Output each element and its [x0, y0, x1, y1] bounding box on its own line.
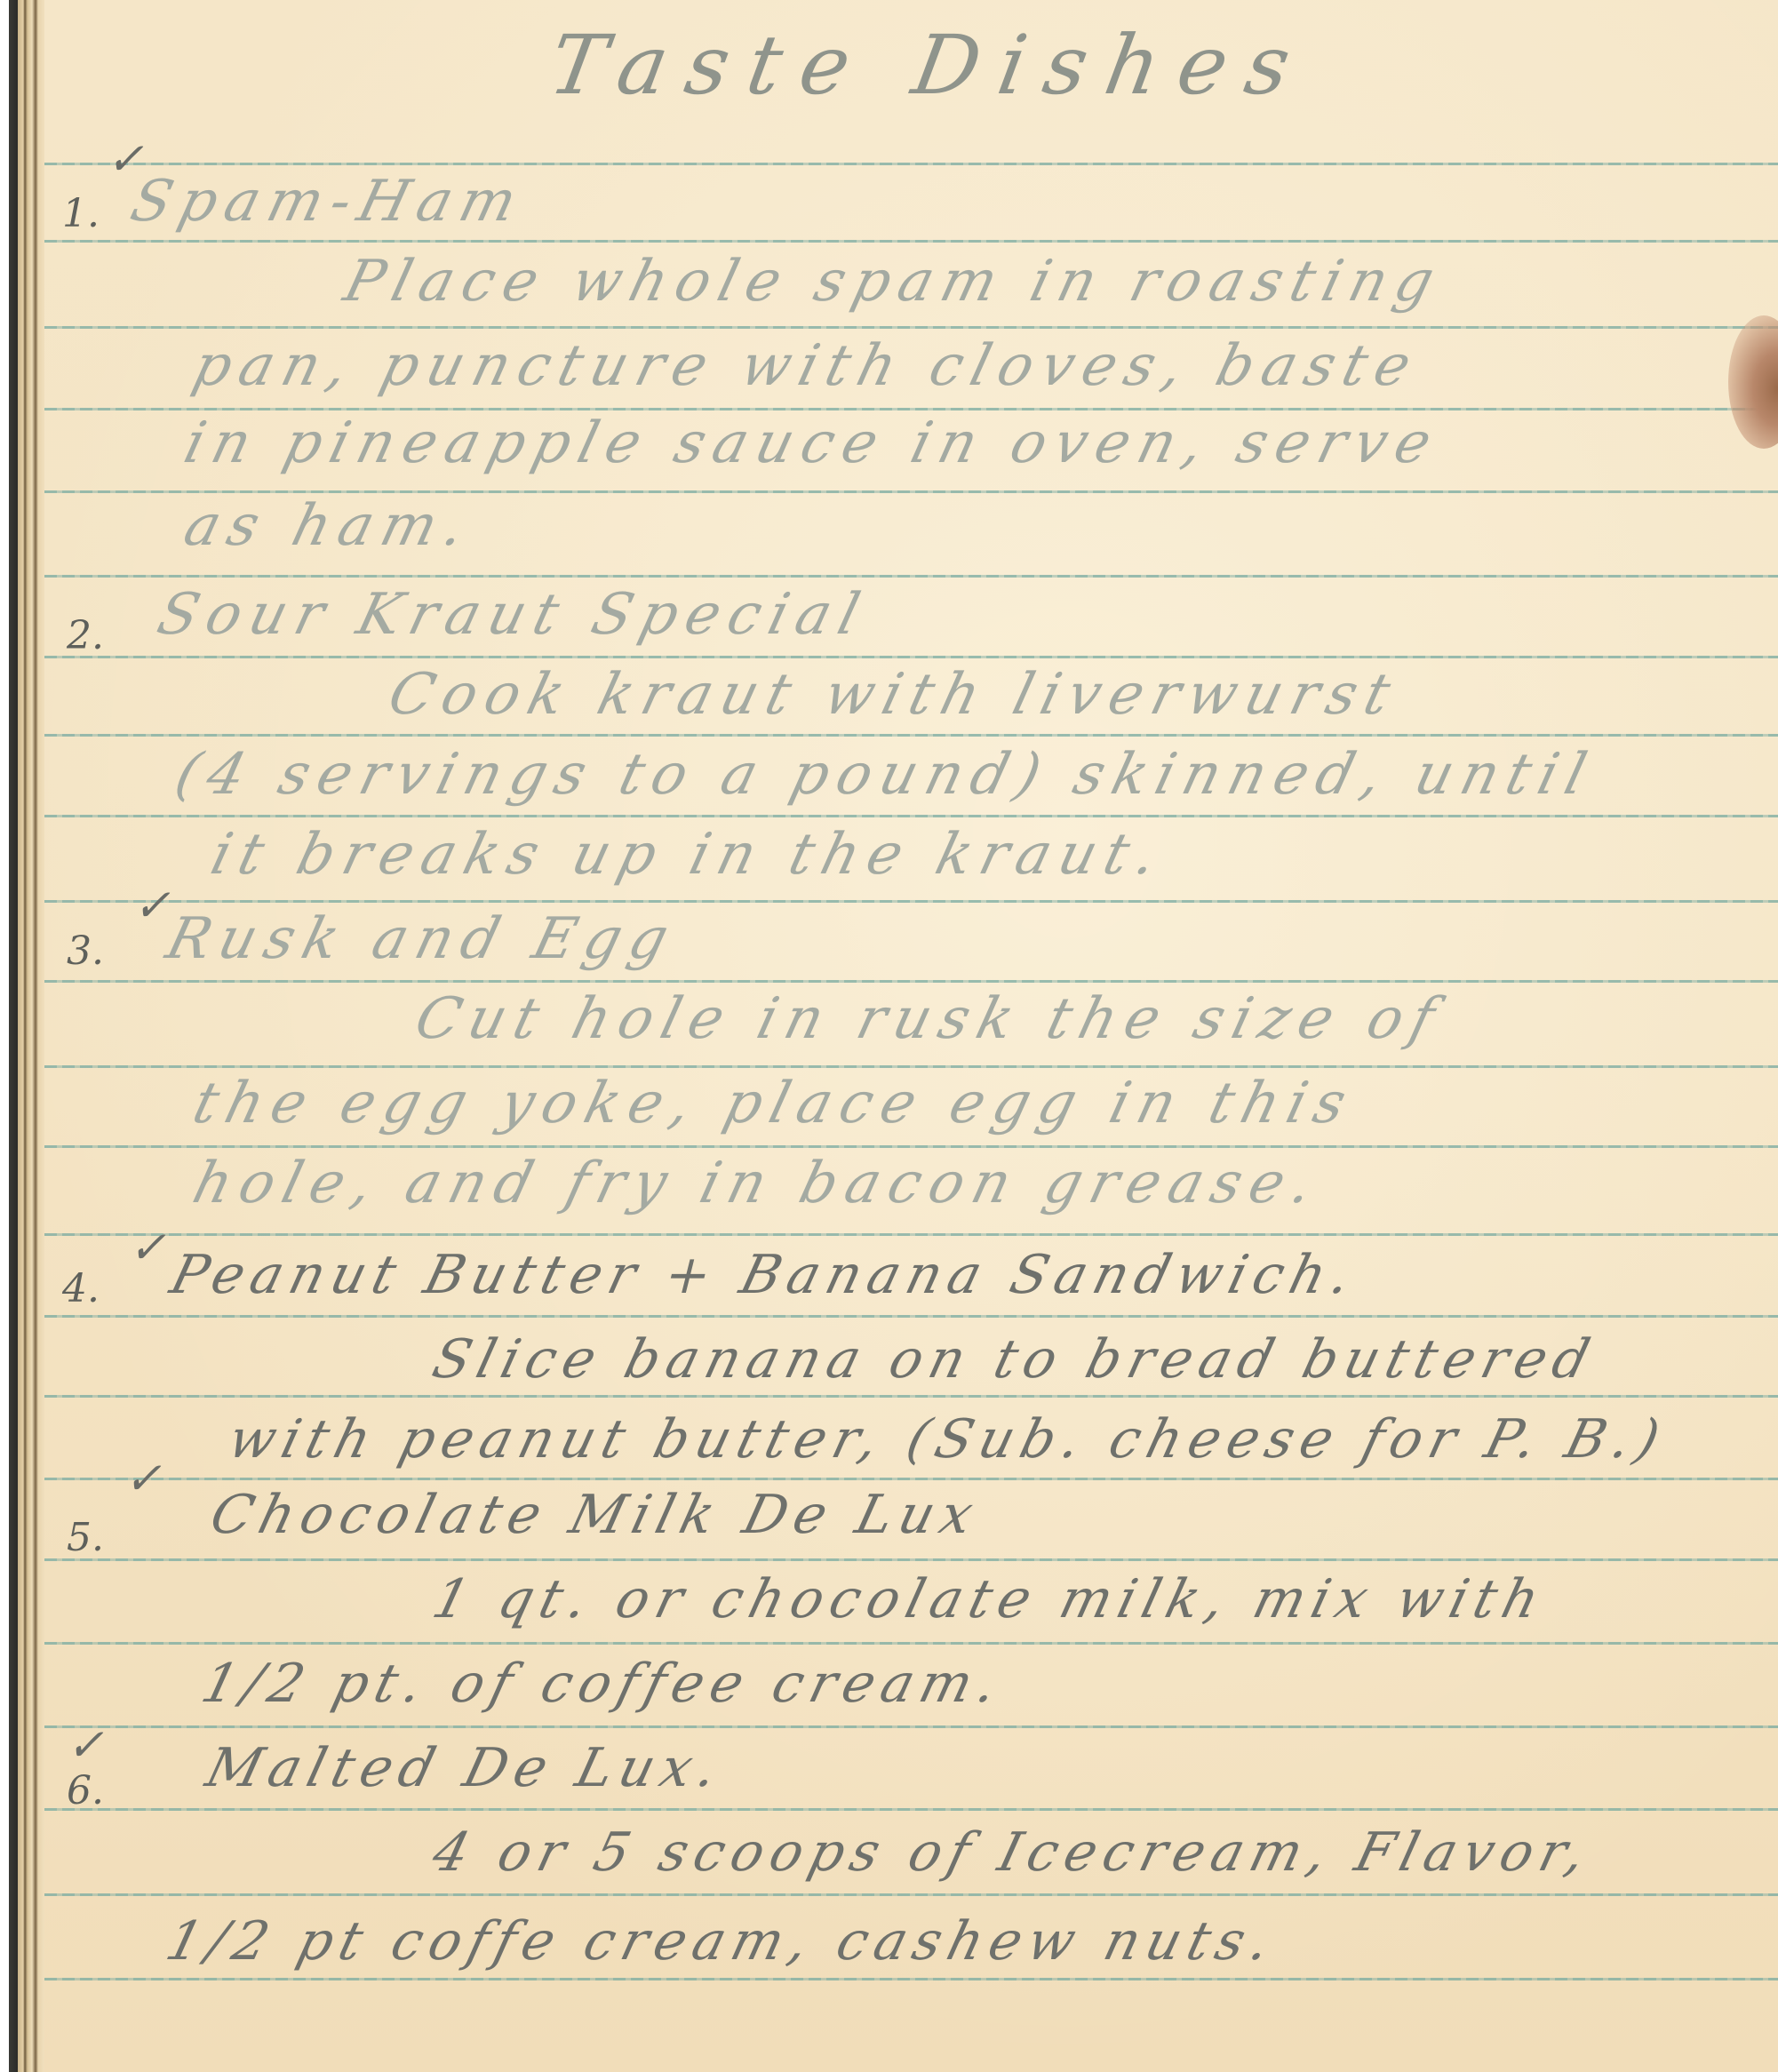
recipe-title: Malted De Lux.	[200, 1737, 730, 1799]
recipe-title: Rusk and Egg	[160, 906, 683, 972]
recipe-line: pan, puncture with cloves, baste	[187, 333, 1426, 399]
checkmark-icon: ✓	[67, 1719, 104, 1771]
recipe-number: 3.	[67, 928, 104, 974]
ruled-line	[44, 1065, 1778, 1068]
ruled-line	[44, 1478, 1778, 1480]
recipe-title: Spam-Ham	[124, 169, 531, 235]
recipe-title: Peanut Butter + Banana Sandwich.	[164, 1244, 1364, 1306]
recipe-line: 1/2 pt. of coffee cream.	[195, 1653, 1010, 1715]
checkmark-icon: ✓	[129, 1222, 166, 1273]
recipe-line: it breaks up in the kraut.	[204, 822, 1172, 888]
ruled-line	[44, 1395, 1778, 1398]
notebook-page: Taste Dishes ✓ 1. Spam-Ham Place whole s…	[0, 0, 1778, 2072]
ruled-line	[44, 1558, 1778, 1561]
ruled-line	[44, 656, 1778, 658]
ruled-line	[44, 1642, 1778, 1645]
recipe-line: in pineapple sauce in oven, serve	[178, 410, 1447, 476]
ruled-line	[44, 1233, 1778, 1236]
ruled-line	[44, 734, 1778, 737]
recipe-number: 6.	[67, 1768, 104, 1813]
ruled-line	[44, 1808, 1778, 1811]
recipe-line: with peanut butter, (Sub. cheese for P. …	[222, 1408, 1672, 1470]
ruled-line	[44, 1315, 1778, 1318]
ruled-line	[44, 326, 1778, 329]
recipe-line: the egg yoke, place egg in this	[187, 1071, 1361, 1136]
recipe-line: Slice banana on to bread buttered	[427, 1328, 1603, 1391]
ruled-line	[44, 815, 1778, 817]
ruled-line	[44, 980, 1778, 983]
recipe-title: Chocolate Milk De Lux	[204, 1484, 986, 1546]
ruled-line	[44, 575, 1778, 578]
recipe-line: 1 qt. or chocolate milk, mix with	[427, 1568, 1552, 1630]
recipe-number: 1.	[62, 191, 100, 236]
recipe-number: 2.	[67, 613, 104, 658]
recipe-line: as ham.	[178, 493, 480, 559]
ruled-line	[44, 163, 1778, 165]
recipe-line: Place whole spam in roasting	[338, 249, 1449, 315]
paper-stain	[1728, 315, 1778, 449]
notebook-binding-edge	[0, 0, 44, 2072]
recipe-line: Cook kraut with liverwurst	[382, 662, 1406, 728]
ruled-line	[44, 1145, 1778, 1148]
ruled-line	[44, 240, 1778, 243]
ruled-line	[44, 1893, 1778, 1896]
ruled-line	[44, 900, 1778, 903]
recipe-number: 4.	[62, 1266, 100, 1311]
recipe-line: (4 servings to a pound) skinned, until	[169, 742, 1601, 808]
page-title: Taste Dishes	[543, 18, 1317, 113]
recipe-line: 4 or 5 scoops of Icecream, Flavor,	[427, 1821, 1599, 1884]
recipe-line: hole, and fry in bacon grease.	[187, 1151, 1328, 1216]
recipe-line: Cut hole in rusk the size of	[409, 986, 1450, 1052]
recipe-line: 1/2 pt coffe cream, cashew nuts.	[160, 1910, 1283, 1972]
recipe-title: Sour Kraut Special	[151, 582, 874, 648]
recipe-number: 5.	[67, 1515, 104, 1560]
checkmark-icon: ✓	[133, 880, 171, 931]
ruled-line	[44, 1978, 1778, 1980]
checkmark-icon: ✓	[124, 1453, 162, 1504]
ruled-line	[44, 1725, 1778, 1728]
